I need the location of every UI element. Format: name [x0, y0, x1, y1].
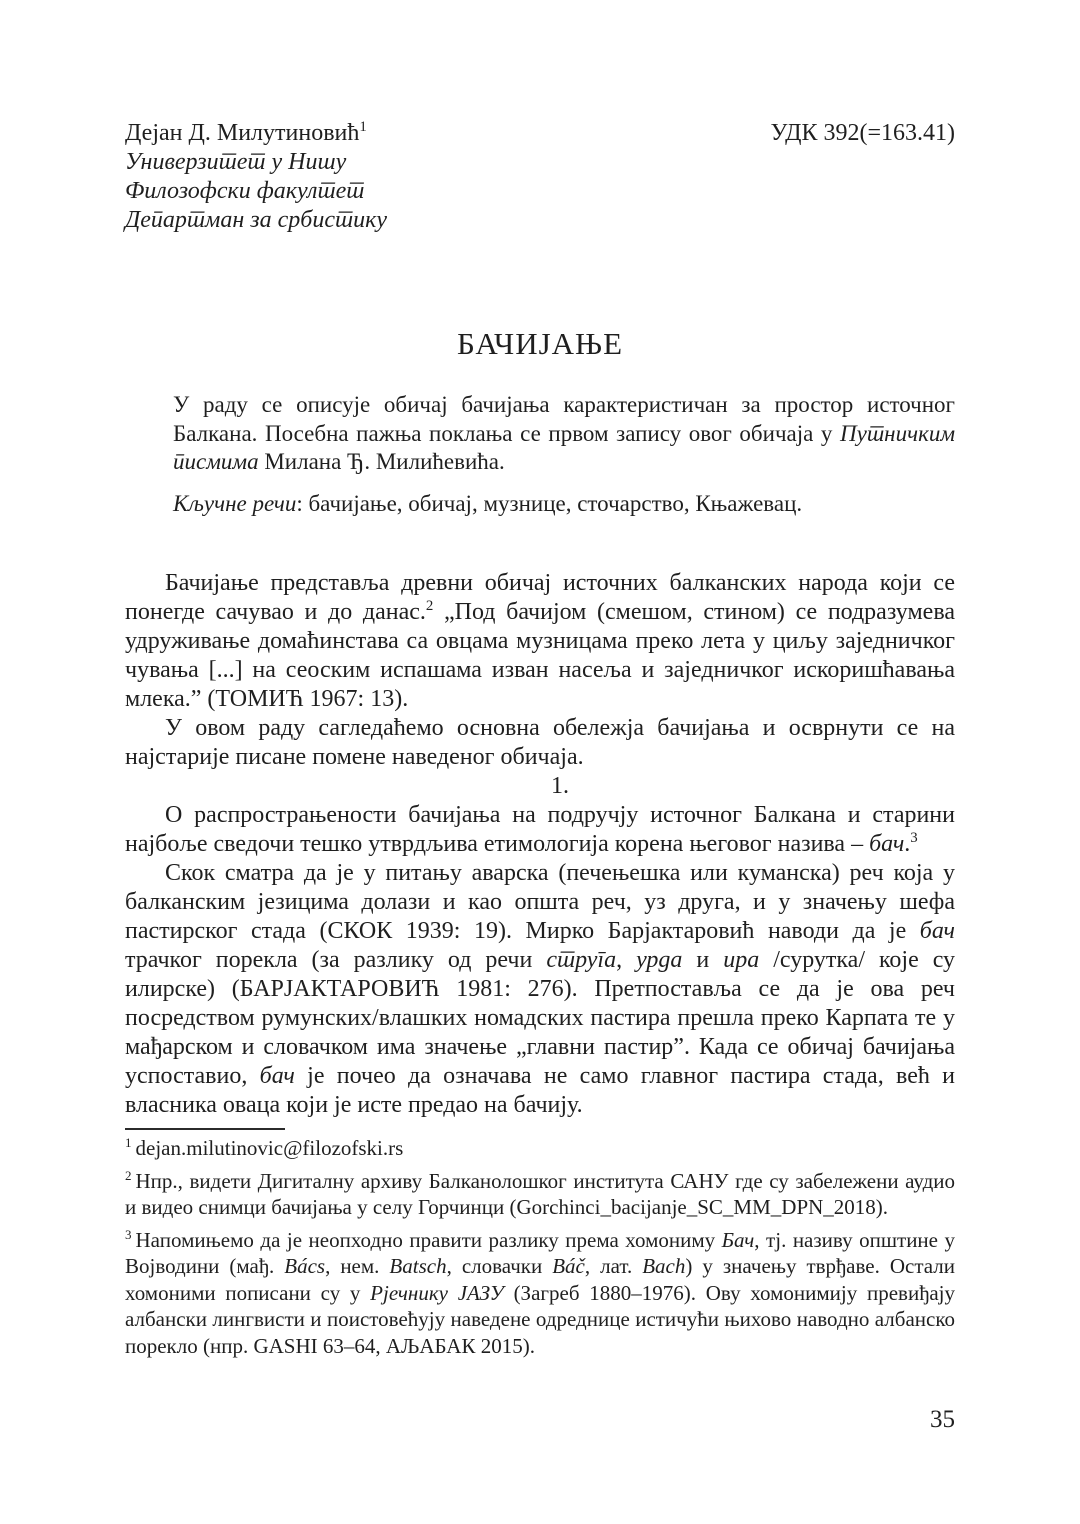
body-paragraph-4: Скок сматра да је у питању аварска (пече… [125, 859, 955, 1120]
footnote-text-3: Напомињемо да је неопходно правити разли… [125, 1228, 955, 1358]
body-paragraph-1: Бачијање представља древни обичај источн… [125, 569, 955, 714]
article-body: Бачијање представља древни обичај источн… [125, 569, 955, 1120]
affiliation-university: Универзитет у Нишу [125, 148, 955, 177]
footnote-ref-2: 2 [125, 1168, 132, 1183]
footnote-text-2: Нпр., видети Дигиталну архиву Балканолош… [125, 1169, 955, 1220]
author-row: Дејан Д. Милутиновић1 УДК 392(=163.41) [125, 119, 955, 148]
affiliation-department: Департман за србистику [125, 206, 955, 235]
footnote-ref-1: 1 [125, 1135, 132, 1150]
article-title: БАЧИЈАЊЕ [125, 326, 955, 362]
section-heading-1: 1. [125, 772, 955, 801]
footnotes-block: 1dejan.milutinovic@filozofski.rs 2Нпр., … [125, 1135, 955, 1359]
footnote-item-3: 3Напомињемо да је неопходно правити разл… [125, 1227, 955, 1360]
abstract-text: У раду се описује обичај бачијања каракт… [173, 391, 955, 477]
body-paragraph-3: О распрострањености бачијања на подручју… [125, 801, 955, 859]
footnote-text-1: dejan.milutinovic@filozofski.rs [136, 1136, 404, 1160]
author-name: Дејан Д. Милутиновић1 [125, 119, 367, 148]
affiliation-faculty: Филозофски факултет [125, 177, 955, 206]
footnote-ref-3: 3 [125, 1227, 132, 1242]
keywords-line: Кључне речи: бачијање, обичај, музнице, … [173, 490, 955, 519]
page-content: Дејан Д. Милутиновић1 УДК 392(=163.41) У… [125, 0, 955, 1359]
footnote-item-2: 2Нпр., видети Дигиталну архиву Балканоло… [125, 1168, 955, 1221]
udc-classification: УДК 392(=163.41) [771, 119, 955, 148]
page-number: 35 [930, 1405, 955, 1434]
paper-header: Дејан Д. Милутиновић1 УДК 392(=163.41) У… [125, 0, 955, 235]
scanned-paper-page: Дејан Д. Милутиновић1 УДК 392(=163.41) У… [0, 0, 1080, 1524]
footnote-separator [125, 1128, 285, 1130]
body-paragraph-2: У овом раду сагледаћемо основна обележја… [125, 714, 955, 772]
footnote-item-1: 1dejan.milutinovic@filozofski.rs [125, 1135, 955, 1162]
